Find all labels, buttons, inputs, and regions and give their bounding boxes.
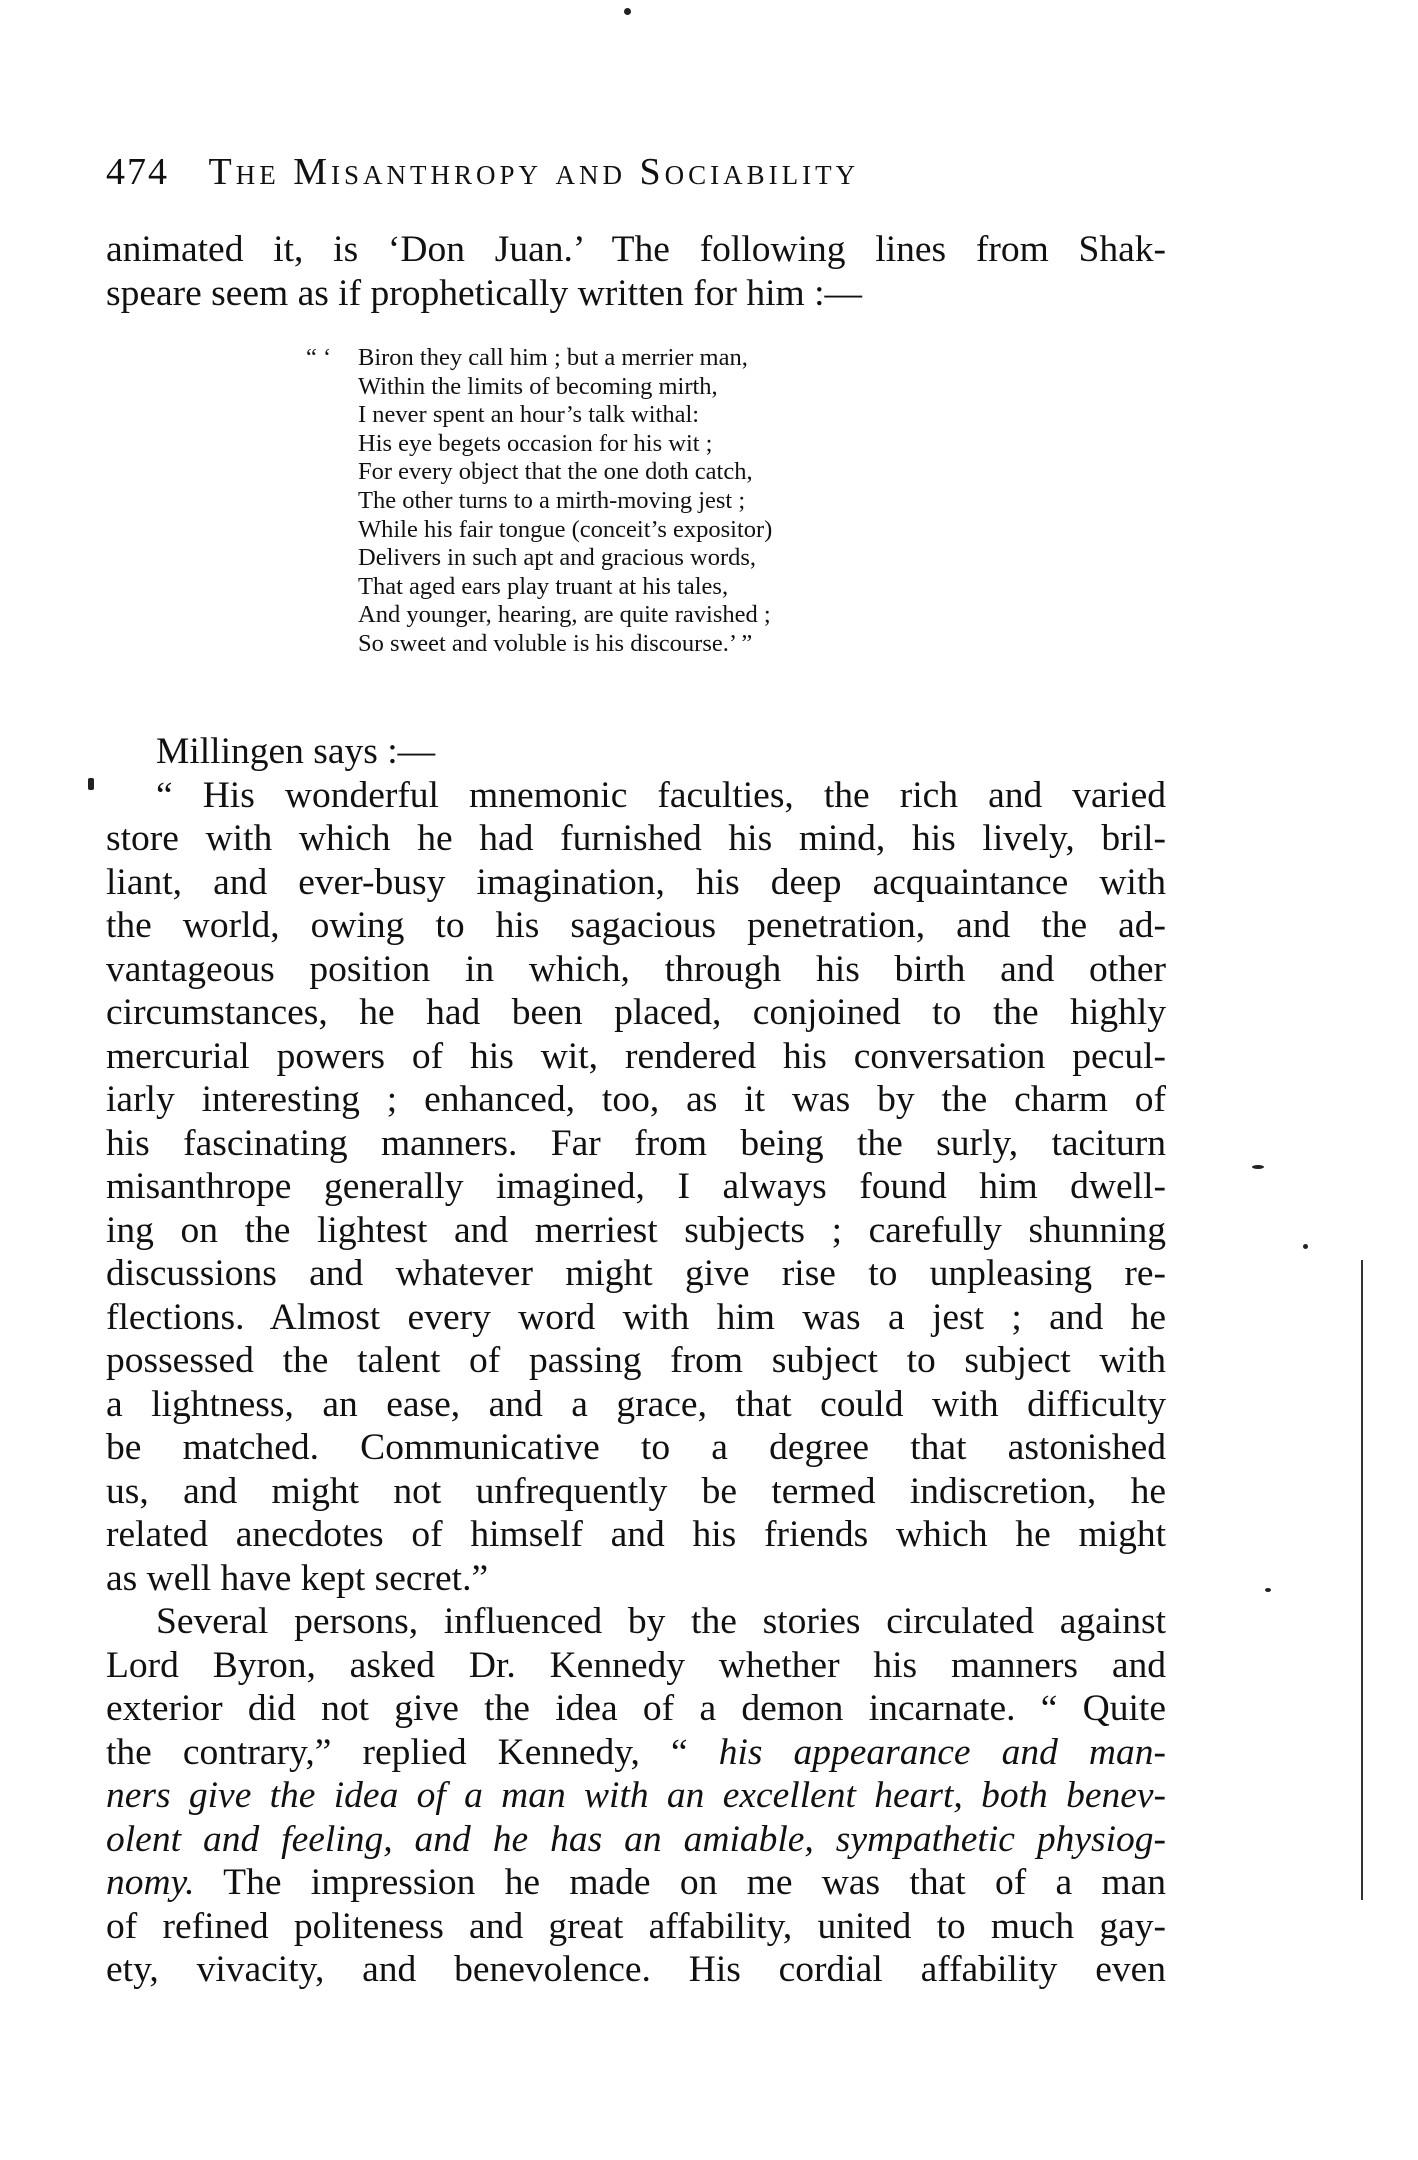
italic-quotation: olent and feeling, and he has an amiable… bbox=[106, 1819, 1166, 1860]
verse-line: His eye begets occasion for his wit ; bbox=[306, 430, 1006, 459]
text-line: his fascinating manners. Far from being … bbox=[106, 1122, 1166, 1166]
text-line: possessed the talent of passing from sub… bbox=[106, 1339, 1166, 1383]
text-line: us, and might not unfrequently be termed… bbox=[106, 1470, 1166, 1514]
text-line: iarly interesting ; enhanced, too, as it… bbox=[106, 1078, 1166, 1122]
verse-line: For every object that the one doth catch… bbox=[306, 458, 1006, 487]
shakespeare-verse-quotation: “ ‘Biron they call him ; but a merrier m… bbox=[306, 344, 1006, 659]
text-line: Several persons, influenced by the stori… bbox=[106, 1600, 1166, 1644]
text-line: speare seem as if prophetically written … bbox=[106, 272, 1166, 316]
text-line: flections. Almost every word with him wa… bbox=[106, 1296, 1166, 1340]
text-line: animated it, is ‘Don Juan.’ The followin… bbox=[106, 228, 1166, 272]
verse-line: While his fair tongue (conceit’s exposit… bbox=[306, 516, 1006, 545]
ink-speck bbox=[1265, 1588, 1271, 1592]
opening-quote-marks: “ ‘ bbox=[306, 344, 358, 373]
italic-quotation: nomy. bbox=[106, 1862, 195, 1903]
text-line: the contrary,” replied Kennedy, “ his ap… bbox=[106, 1731, 1166, 1775]
text-line: store with which he had furnished his mi… bbox=[106, 817, 1166, 861]
text-line: Millingen says :— bbox=[106, 730, 1166, 774]
intro-paragraph: animated it, is ‘Don Juan.’ The followin… bbox=[106, 228, 1166, 315]
verse-line: “ ‘Biron they call him ; but a merrier m… bbox=[306, 344, 1006, 373]
page-number: 474 bbox=[106, 151, 169, 193]
text-line: misanthrope generally imagined, I always… bbox=[106, 1165, 1166, 1209]
text-line: ing on the lightest and merriest subject… bbox=[106, 1209, 1166, 1253]
text-line: liant, and ever-busy imagination, his de… bbox=[106, 861, 1166, 905]
verse-line: Within the limits of becoming mirth, bbox=[306, 373, 1006, 402]
ink-speck bbox=[1252, 1165, 1264, 1169]
text-line: the world, owing to his sagacious penetr… bbox=[106, 904, 1166, 948]
verse-line: So sweet and voluble is his discourse.’ … bbox=[306, 630, 1006, 659]
running-head: 474 The Misanthropy and Sociability bbox=[106, 150, 1186, 194]
text-line: as well have kept secret.” bbox=[106, 1557, 1166, 1601]
text-line: exterior did not give the idea of a demo… bbox=[106, 1687, 1166, 1731]
italic-quotation: his appearance and man- bbox=[719, 1732, 1166, 1773]
verse-line: And younger, hearing, are quite ravished… bbox=[306, 601, 1006, 630]
text-line: of refined politeness and great affabili… bbox=[106, 1905, 1166, 1949]
running-title: The Misanthropy and Sociability bbox=[209, 151, 860, 193]
scan-margin-line bbox=[1361, 1260, 1363, 1900]
book-page: 474 The Misanthropy and Sociability anim… bbox=[0, 0, 1418, 2160]
text-line: olent and feeling, and he has an amiable… bbox=[106, 1818, 1166, 1862]
ink-speck bbox=[88, 778, 94, 790]
ink-speck bbox=[1303, 1244, 1308, 1249]
main-body-text: Millingen says :— “ His wonderful mnemon… bbox=[106, 730, 1166, 1992]
text-line: be matched. Communicative to a degree th… bbox=[106, 1426, 1166, 1470]
text-line: “ His wonderful mnemonic faculties, the … bbox=[106, 774, 1166, 818]
ink-speck bbox=[624, 8, 631, 15]
text-line: nomy. The impression he made on me was t… bbox=[106, 1861, 1166, 1905]
text-line: vantageous position in which, through hi… bbox=[106, 948, 1166, 992]
verse-line: The other turns to a mirth-moving jest ; bbox=[306, 487, 1006, 516]
text-line: Lord Byron, asked Dr. Kennedy whether hi… bbox=[106, 1644, 1166, 1688]
text-line: related anecdotes of himself and his fri… bbox=[106, 1513, 1166, 1557]
text-line: a lightness, an ease, and a grace, that … bbox=[106, 1383, 1166, 1427]
text-line: mercurial powers of his wit, rendered hi… bbox=[106, 1035, 1166, 1079]
text-line: ety, vivacity, and benevolence. His cord… bbox=[106, 1948, 1166, 1992]
text-line: discussions and whatever might give rise… bbox=[106, 1252, 1166, 1296]
verse-line: Delivers in such apt and gracious words, bbox=[306, 544, 1006, 573]
verse-line: I never spent an hour’s talk withal: bbox=[306, 401, 1006, 430]
verse-line: That aged ears play truant at his tales, bbox=[306, 573, 1006, 602]
text-line: circumstances, he had been placed, conjo… bbox=[106, 991, 1166, 1035]
italic-quotation: ners give the idea of a man with an exce… bbox=[106, 1775, 1166, 1816]
text-line: ners give the idea of a man with an exce… bbox=[106, 1774, 1166, 1818]
